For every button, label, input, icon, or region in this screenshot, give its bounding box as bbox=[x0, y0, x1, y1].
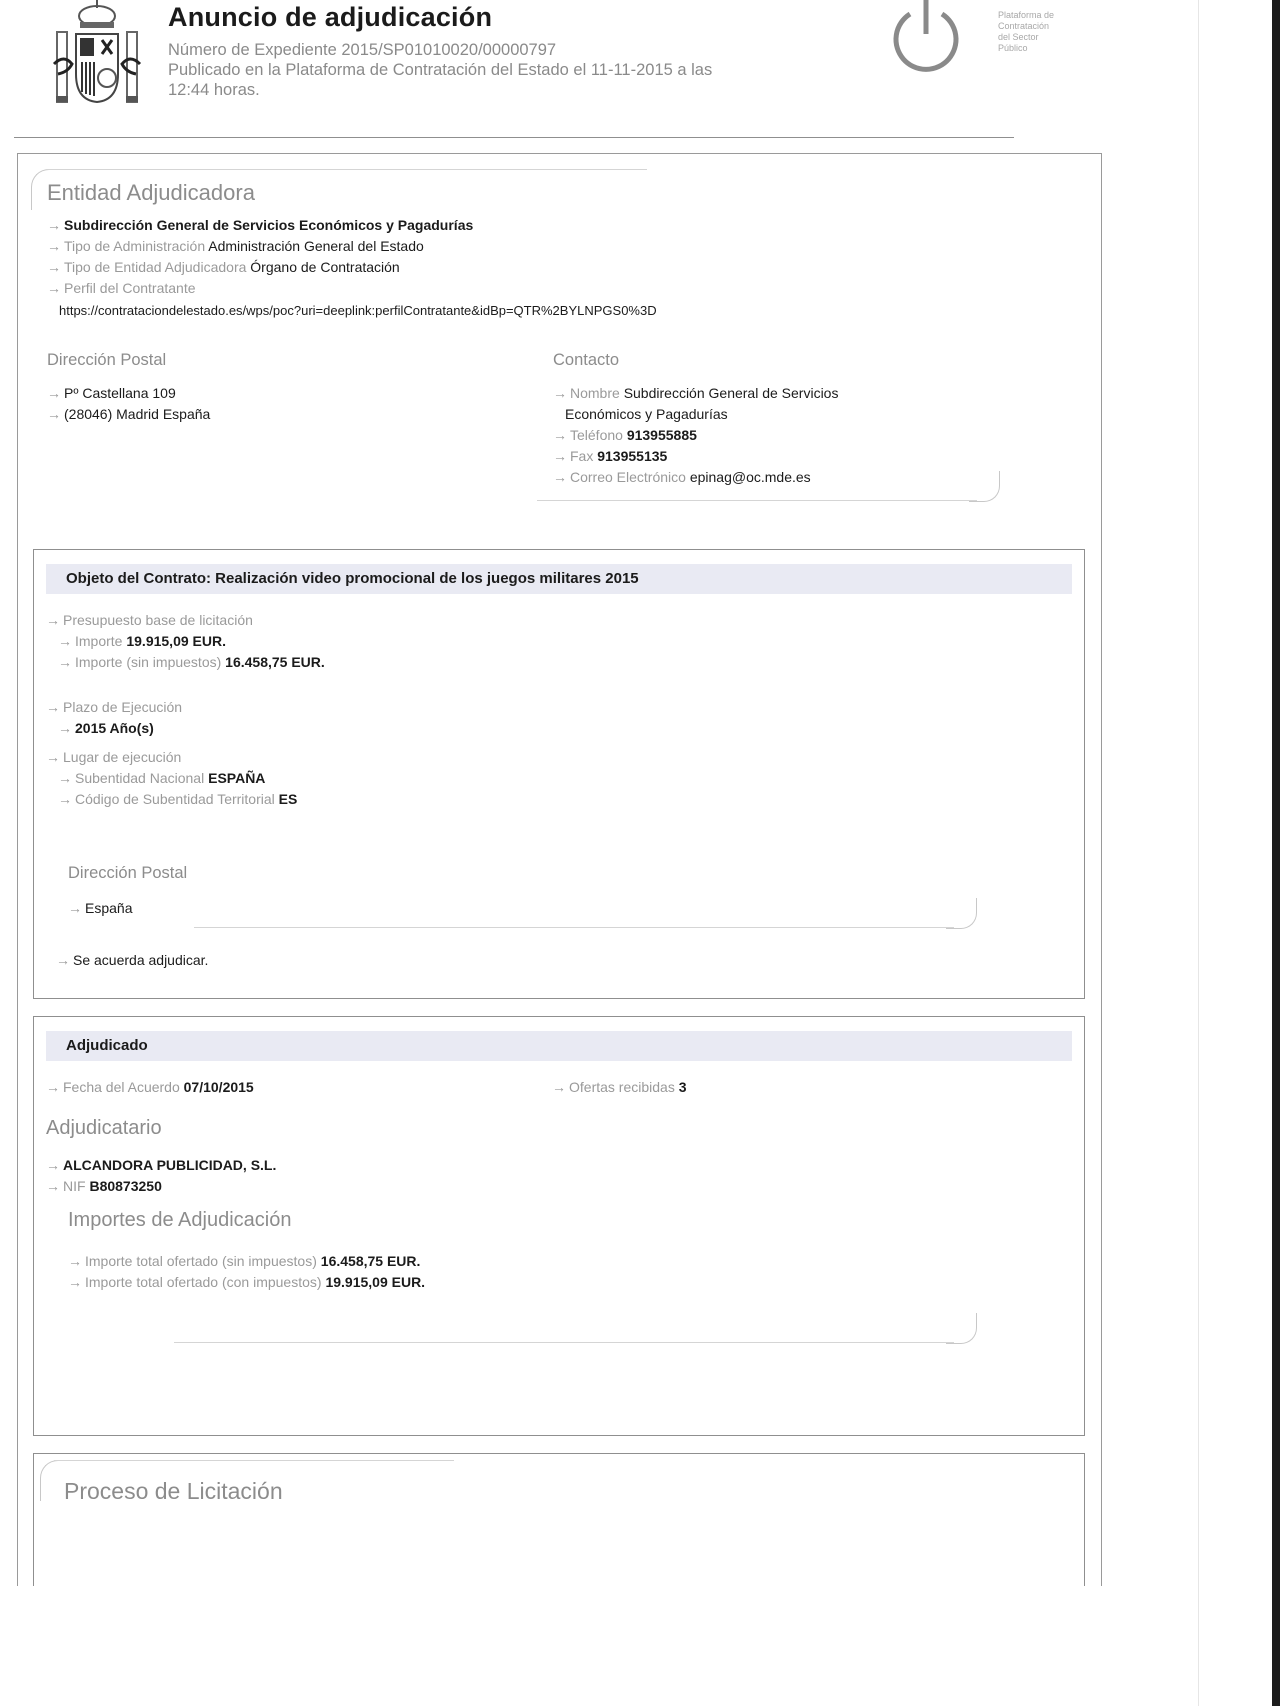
email-value[interactable]: epinag@oc.mde.es bbox=[690, 469, 811, 485]
arrow-icon: → bbox=[46, 612, 60, 628]
arrow-icon: → bbox=[46, 1178, 60, 1194]
arrow-icon: → bbox=[47, 217, 61, 233]
arrow-icon: → bbox=[58, 770, 72, 786]
direccion-postal-heading: Dirección Postal bbox=[47, 351, 166, 370]
subentidad-label: Subentidad Nacional bbox=[75, 770, 204, 786]
codigo-value: ES bbox=[279, 791, 298, 807]
page-blank-area bbox=[0, 1586, 1190, 1706]
adjudicado-title: Adjudicado bbox=[66, 1037, 148, 1054]
scan-page-edge bbox=[1198, 0, 1199, 1706]
section-heading: Entidad Adjudicadora bbox=[47, 180, 255, 206]
importes-heading: Importes de Adjudicación bbox=[68, 1209, 291, 1232]
lugar-direccion-heading: Dirección Postal bbox=[68, 864, 187, 883]
presupuesto-label: Presupuesto base de licitación bbox=[63, 612, 253, 628]
platform-logo-line: del Sector bbox=[998, 32, 1078, 43]
arrow-icon: → bbox=[58, 720, 72, 736]
importe-sin-label: Importe (sin impuestos) bbox=[75, 654, 221, 670]
lugar-direccion-value: España bbox=[85, 900, 132, 916]
section-corner-decoration bbox=[946, 1313, 977, 1344]
arrow-icon: → bbox=[47, 259, 61, 275]
expediente-label: Número de Expediente bbox=[168, 41, 337, 59]
arrow-icon: → bbox=[553, 469, 567, 485]
importe-label: Importe bbox=[75, 633, 122, 649]
expediente-value: 2015/SP01010020/00000797 bbox=[341, 41, 556, 59]
section-adjudicado: Adjudicado →Fecha del Acuerdo 07/10/2015… bbox=[33, 1016, 1085, 1436]
plazo-value: 2015 Año(s) bbox=[75, 720, 154, 736]
arrow-icon: → bbox=[46, 749, 60, 765]
scan-dark-edge bbox=[1272, 0, 1280, 1706]
published-line-2: 12:44 horas. bbox=[168, 80, 808, 100]
plazo-label: Plazo de Ejecución bbox=[63, 699, 182, 715]
field-value: Administración General del Estado bbox=[208, 238, 424, 254]
arrow-icon: → bbox=[68, 900, 82, 916]
phone-label: Teléfono bbox=[570, 427, 623, 443]
platform-logo-line: Público bbox=[998, 43, 1078, 54]
subentidad-value: ESPAÑA bbox=[208, 770, 265, 786]
document-header: Anuncio de adjudicación Número de Expedi… bbox=[0, 0, 1110, 130]
objeto-title: Objeto del Contrato: Realización video p… bbox=[66, 570, 639, 587]
importe-value: 19.915,09 EUR. bbox=[126, 633, 226, 649]
contact-name-value-cont: Económicos y Pagadurías bbox=[565, 406, 728, 422]
published-line-1: Publicado en la Plataforma de Contrataci… bbox=[168, 60, 808, 80]
section-objeto-contrato: Objeto del Contrato: Realización video p… bbox=[33, 549, 1085, 999]
empresa-name: ALCANDORA PUBLICIDAD, S.L. bbox=[63, 1157, 276, 1173]
arrow-icon: → bbox=[46, 699, 60, 715]
lugar-label: Lugar de ejecución bbox=[63, 749, 181, 765]
arrow-icon: → bbox=[46, 1157, 60, 1173]
total-sin-label: Importe total ofertado (sin impuestos) bbox=[85, 1253, 317, 1269]
acuerdo-text: Se acuerda adjudicar. bbox=[73, 952, 208, 968]
section-title-band: Adjudicado bbox=[46, 1031, 1072, 1061]
entity-name: Subdirección General de Servicios Económ… bbox=[64, 217, 473, 233]
importe-sin-value: 16.458,75 EUR. bbox=[225, 654, 325, 670]
proceso-heading: Proceso de Licitación bbox=[64, 1478, 283, 1505]
fax-value: 913955135 bbox=[597, 448, 667, 464]
arrow-icon: → bbox=[46, 1079, 60, 1095]
fax-label: Fax bbox=[570, 448, 593, 464]
arrow-icon: → bbox=[553, 427, 567, 443]
platform-logo-text: Plataforma de Contratación del Sector Pú… bbox=[998, 10, 1078, 54]
section-rule bbox=[194, 927, 954, 928]
arrow-icon: → bbox=[68, 1274, 82, 1290]
total-con-value: 19.915,09 EUR. bbox=[325, 1274, 425, 1290]
address-line: (28046) Madrid España bbox=[64, 406, 210, 422]
field-value: Órgano de Contratación bbox=[250, 259, 399, 275]
arrow-icon: → bbox=[47, 406, 61, 422]
address-line: Pº Castellana 109 bbox=[64, 385, 176, 401]
email-label: Correo Electrónico bbox=[570, 469, 686, 485]
section-bottom-rule bbox=[537, 500, 977, 501]
spain-coat-of-arms-icon bbox=[52, 0, 142, 108]
arrow-icon: → bbox=[47, 280, 61, 296]
adjudicatario-heading: Adjudicatario bbox=[46, 1117, 162, 1140]
arrow-icon: → bbox=[47, 238, 61, 254]
field-label: Tipo de Administración bbox=[64, 238, 205, 254]
fecha-label: Fecha del Acuerdo bbox=[63, 1079, 180, 1095]
contact-name-label: Nombre bbox=[570, 385, 620, 401]
perfil-contratante-link[interactable]: https://contrataciondelestado.es/wps/poc… bbox=[59, 303, 657, 318]
nif-label: NIF bbox=[63, 1178, 86, 1194]
arrow-icon: → bbox=[47, 385, 61, 401]
section-top-rule bbox=[47, 169, 647, 170]
total-con-label: Importe total ofertado (con impuestos) bbox=[85, 1274, 322, 1290]
contact-name-value: Subdirección General de Servicios bbox=[624, 385, 839, 401]
section-corner-decoration bbox=[946, 898, 977, 929]
document-title: Anuncio de adjudicación bbox=[168, 2, 492, 33]
phone-value: 913955885 bbox=[627, 427, 697, 443]
platform-logo-line: Contratación bbox=[998, 21, 1078, 32]
arrow-icon: → bbox=[553, 385, 567, 401]
section-entidad-adjudicadora: Entidad Adjudicadora →Subdirección Gener… bbox=[17, 153, 1100, 533]
arrow-icon: → bbox=[68, 1253, 82, 1269]
field-label: Tipo de Entidad Adjudicadora bbox=[64, 259, 246, 275]
contacto-heading: Contacto bbox=[553, 351, 619, 370]
arrow-icon: → bbox=[58, 654, 72, 670]
section-rule bbox=[174, 1342, 954, 1343]
arrow-icon: → bbox=[56, 952, 70, 968]
ofertas-label: Ofertas recibidas bbox=[569, 1079, 675, 1095]
perfil-label: Perfil del Contratante bbox=[64, 280, 196, 296]
ofertas-value: 3 bbox=[679, 1079, 687, 1095]
arrow-icon: → bbox=[552, 1079, 566, 1095]
nif-value: B80873250 bbox=[89, 1178, 161, 1194]
section-corner-decoration bbox=[40, 1460, 61, 1501]
header-divider bbox=[14, 137, 1014, 138]
document-subtitle: Número de Expediente 2015/SP01010020/000… bbox=[168, 40, 808, 100]
arrow-icon: → bbox=[58, 633, 72, 649]
section-title-band: Objeto del Contrato: Realización video p… bbox=[46, 564, 1072, 594]
arrow-icon: → bbox=[553, 448, 567, 464]
codigo-label: Código de Subentidad Territorial bbox=[75, 791, 275, 807]
platform-logo-line: Plataforma de bbox=[998, 10, 1078, 21]
section-corner-decoration bbox=[969, 471, 1000, 502]
power-icon bbox=[870, 0, 980, 90]
arrow-icon: → bbox=[58, 791, 72, 807]
section-top-rule bbox=[54, 1460, 454, 1461]
platform-logo: Plataforma de Contratación del Sector Pú… bbox=[870, 0, 1070, 90]
total-sin-value: 16.458,75 EUR. bbox=[321, 1253, 421, 1269]
fecha-value: 07/10/2015 bbox=[184, 1079, 254, 1095]
